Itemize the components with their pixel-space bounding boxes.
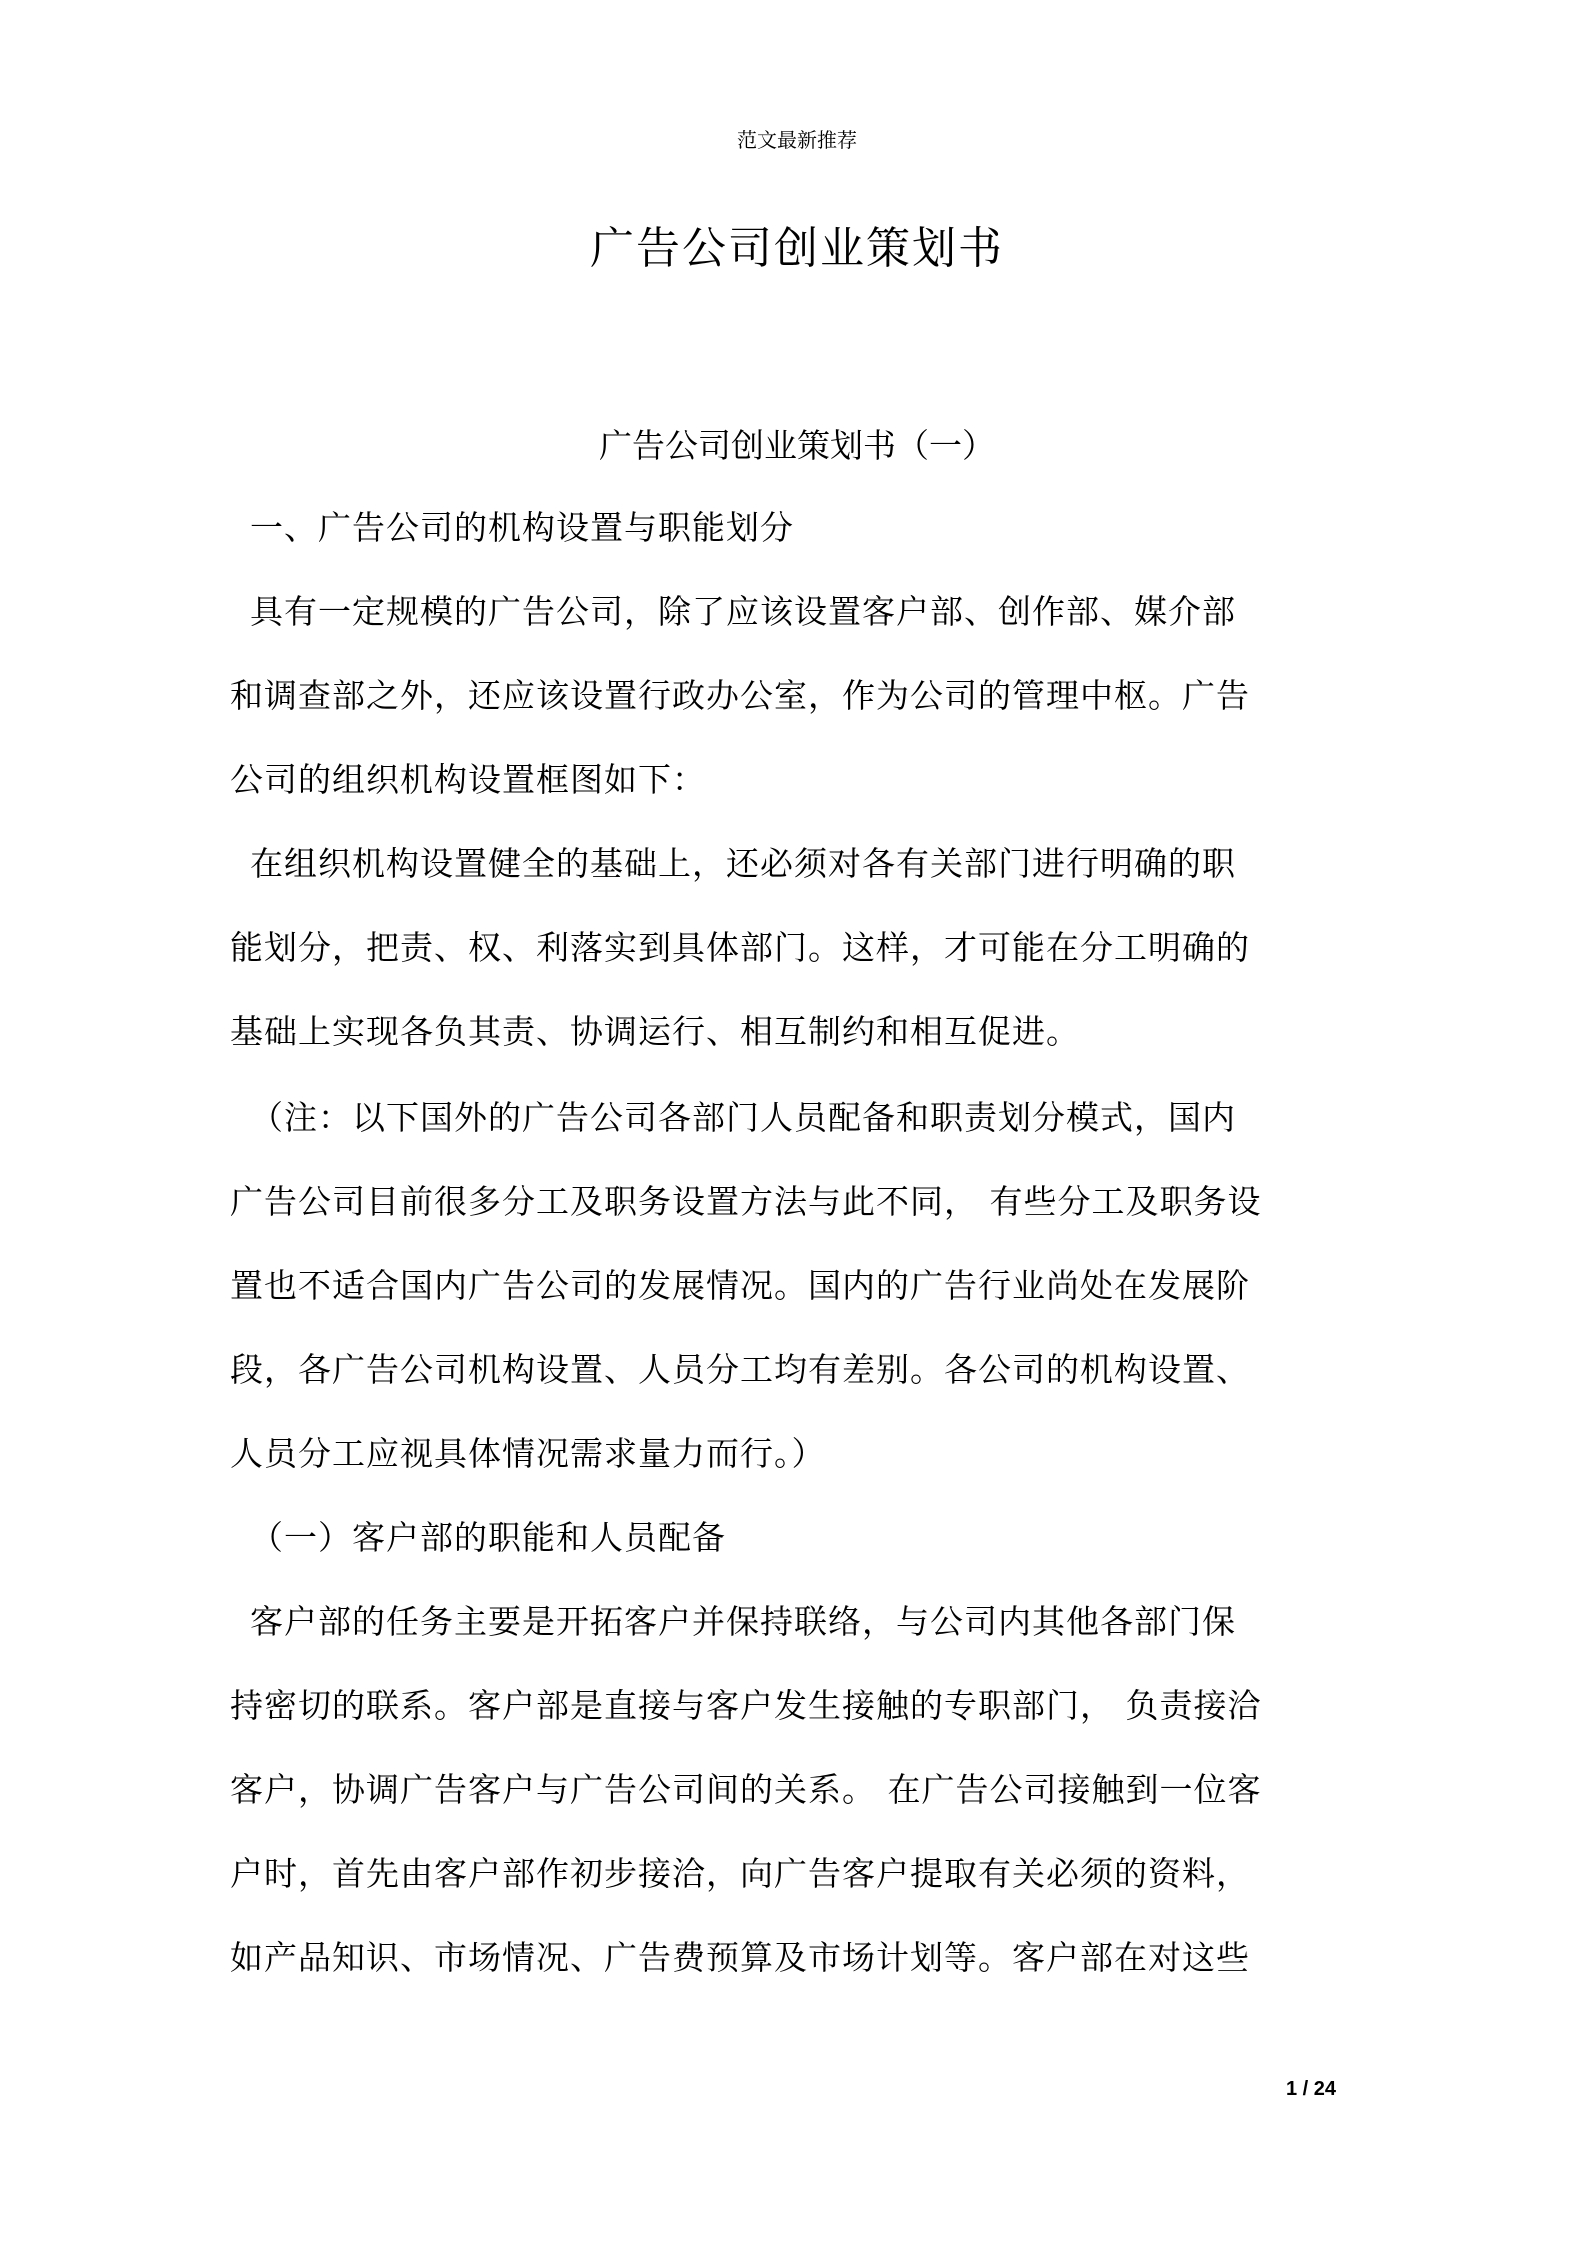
document-title: 广告公司创业策划书 [0,212,1594,276]
note-line: 置也不适合国内广告公司的发展情况。国内的广告行业尚处在发展阶 [230,1266,1250,1306]
body-line: 户时，首先由客户部作初步接洽，向广告客户提取有关必须的资料， [230,1854,1250,1894]
document-page: 范文最新推荐 广告公司创业策划书 广告公司创业策划书（一） 一、广告公司的机构设… [0,0,1594,2256]
section-title: 广告公司创业策划书（一） [0,420,1594,467]
subsection-heading: （一）客户部的职能和人员配备 [250,1518,726,1558]
running-header: 范文最新推荐 [0,124,1594,153]
note-line: （注：以下国外的广告公司各部门人员配备和职责划分模式，国内 [250,1098,1236,1138]
note-line: 人员分工应视具体情况需求量力而行。） [230,1434,826,1474]
body-line: 持密切的联系。客户部是直接与客户发生接触的专职部门， 负责接洽 [230,1686,1262,1726]
page-number: 1 / 24 [1286,2078,1336,2101]
body-line: 客户，协调广告客户与广告公司间的关系。 在广告公司接触到一位客 [230,1770,1262,1810]
body-line: 客户部的任务主要是开拓客户并保持联络，与公司内其他各部门保 [250,1602,1236,1642]
body-line: 基础上实现各负其责、协调运行、相互制约和相互促进。 [230,1012,1080,1052]
note-line: 段，各广告公司机构设置、人员分工均有差别。各公司的机构设置、 [230,1350,1250,1390]
body-line: 能划分，把责、权、利落实到具体部门。这样，才可能在分工明确的 [230,928,1250,968]
body-line: 和调查部之外，还应该设置行政办公室，作为公司的管理中枢。广告 [230,676,1250,716]
note-line: 广告公司目前很多分工及职务设置方法与此不同， 有些分工及职务设 [230,1182,1262,1222]
body-line: 具有一定规模的广告公司，除了应该设置客户部、创作部、媒介部 [250,592,1236,632]
body-line: 公司的组织机构设置框图如下： [230,760,706,800]
body-line: 如产品知识、市场情况、广告费预算及市场计划等。客户部在对这些 [230,1938,1250,1978]
section-heading: 一、广告公司的机构设置与职能划分 [250,508,794,548]
body-line: 在组织机构设置健全的基础上，还必须对各有关部门进行明确的职 [250,844,1236,884]
